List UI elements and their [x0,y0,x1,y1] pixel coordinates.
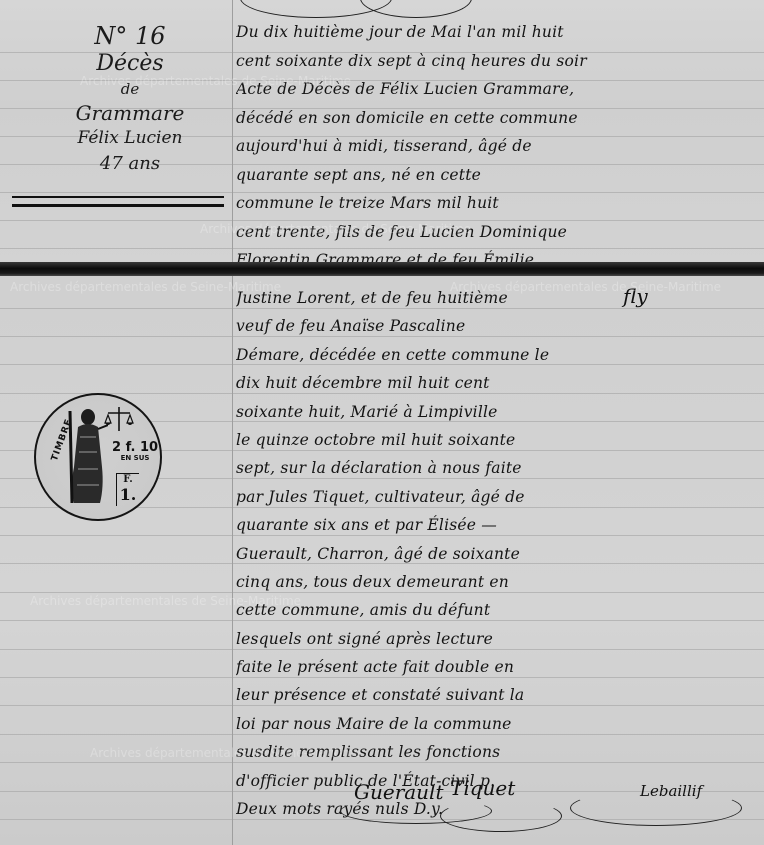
watermark: Archives départementales de Seine-Mariti… [10,280,281,294]
text-line: loi par nous Maire de la commune [236,710,756,738]
text-line: faite le présent acte fait double en [236,653,756,681]
entry-number: N° 16 [40,22,220,50]
signatures-block: Guerault Tiquet Lebaillif [340,776,760,836]
text-line: soixante huit, Marié à Limpiville [236,398,756,426]
text-line: lesquels ont signé après lecture [236,625,756,653]
deceased-given-names: Félix Lucien [40,126,220,150]
watermark: Archives départementales de Seine-Mariti… [90,746,361,760]
text-line: cette commune, amis du défunt [236,596,756,624]
deceased-age: 47 ans [40,150,220,178]
register-page-top: N° 16 Décès de Grammare Félix Lucien 47 … [0,0,764,266]
justice-figure-icon [64,407,108,505]
stamp-denomination-value: 1. [117,486,139,504]
stamp-price-value: 2 f. 10 [112,443,158,453]
text-line: dix huit décembre mil huit cent [236,369,756,397]
text-line: cent soixante dix sept à cinq heures du … [236,47,756,76]
text-line: commune le treize Mars mil huit [236,189,756,218]
watermark: Archives départementales de Seine-Mariti… [30,594,301,608]
text-line: Du dix huitième jour de Mai l'an mil hui… [236,18,756,47]
watermark: Archives départementales de Seine-Mariti… [450,280,721,294]
text-line: aujourd'hui à midi, tisserand, âgé de [236,132,756,161]
text-line: Guerault, Charron, âgé de soixante [236,540,756,568]
text-line: Démare, décédée en cette commune le [236,341,756,369]
text-line: le quinze octobre mil huit soixante [236,426,756,454]
deceased-surname: Grammare [40,100,220,126]
signature-flourish [570,790,742,826]
stamp-price: 2 f. 10 EN SUS [112,443,158,463]
text-line: quarante six ans et par Élisée — [236,511,756,539]
watermark: Archives départementales de Seine-Mariti… [200,222,471,236]
scales-icon [104,405,134,435]
stamp-denomination: F. 1. [116,473,139,506]
watermark: Archives départementales de Seine-Mariti… [80,74,351,88]
signature-flourish [440,800,562,832]
text-line: sept, sur la déclaration à nous faite [236,454,756,482]
margin-entry: N° 16 Décès de Grammare Félix Lucien 47 … [40,22,220,178]
margin-column: N° 16 Décès de Grammare Félix Lucien 47 … [0,0,232,266]
tax-stamp-seal: TIMBRE 2 f. 10 EN SUS F. 1. [34,393,162,521]
text-line: quarante sept ans, né en cette [236,161,756,190]
text-line: cinq ans, tous deux demeurant en [236,568,756,596]
text-line: leur présence et constaté suivant la [236,681,756,709]
record-text-bottom: Justine Lorent, et de feu huitième veuf … [236,284,756,823]
margin-double-rule [12,196,224,207]
register-page-bottom: TIMBRE 2 f. 10 EN SUS F. 1. fly Justine … [0,276,764,845]
text-line: décédé en son domicile en cette commune [236,104,756,133]
signature-witness-2: Tiquet [450,776,515,800]
text-line: veuf de feu Anaïse Pascaline [236,312,756,340]
text-line: par Jules Tiquet, cultivateur, âgé de [236,483,756,511]
flourish-decoration [360,0,472,18]
